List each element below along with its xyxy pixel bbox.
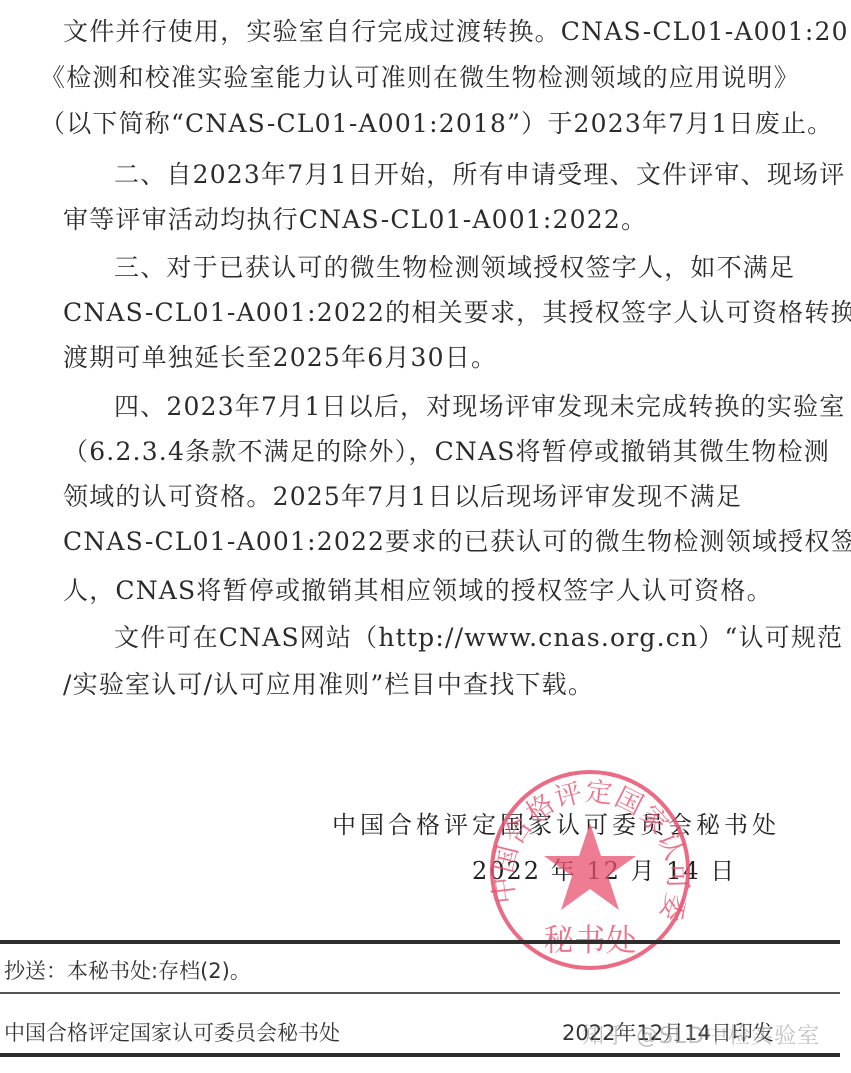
body-line: 二、自2023年7月1日开始，所有申请受理、文件评审、现场评 [114,160,845,190]
signature-date: 2022 年 12 月 14 日 [472,856,736,886]
body-line: 四、2023年7月1日以后，对现场评审发现未完成转换的实验室 [114,392,845,422]
body-line: （6.2.3.4条款不满足的除外），CNAS将暂停或撤销其微生物检测 [63,437,830,467]
divider-thick-bottom [0,1053,840,1057]
watermark: 知乎 @SLD中检实验室 [582,1019,820,1050]
cc-line: 抄送：本秘书处:存档(2)。 [4,955,251,985]
body-line: （以下简称“CNAS-CL01-A001:2018”）于2023年7月1日废止。 [40,109,833,139]
body-line: CNAS-CL01-A001:2022的相关要求，其授权签字人认可资格转换过 [63,298,851,328]
body-line: 审等评审活动均执行CNAS-CL01-A001:2022。 [63,205,647,235]
issuer: 中国合格评定国家认可委员会秘书处 [4,1017,340,1047]
body-line: 文件并行使用，实验室自行完成过渡转换。CNAS-CL01-A001:2018 [63,17,851,47]
body-line: /实验室认可/认可应用准则”栏目中查找下载。 [63,670,594,700]
body-line: 三、对于已获认可的微生物检测领域授权签字人，如不满足 [114,253,795,283]
body-line: 《检测和校准实验室能力认可准则在微生物检测领域的应用说明》 [40,63,800,93]
divider-thick-top [0,940,840,944]
body-line: 渡期可单独延长至2025年6月30日。 [63,343,497,373]
svg-text:中国合格评定国家认可委员会: 中国合格评定国家认可委员会 [488,768,693,926]
signature-organization: 中国合格评定国家认可委员会秘书处 [332,810,780,840]
body-line: 领域的认可资格。2025年7月1日以后现场评审发现不满足 [63,482,742,512]
body-line: 人，CNAS将暂停或撤销其相应领域的授权签字人认可资格。 [63,576,773,606]
divider-thin [0,992,840,994]
body-line: CNAS-CL01-A001:2022要求的已获认可的微生物检测领域授权签字 [63,527,851,557]
body-line: 文件可在CNAS网站（http://www.cnas.org.cn）“认可规范 [114,623,843,653]
